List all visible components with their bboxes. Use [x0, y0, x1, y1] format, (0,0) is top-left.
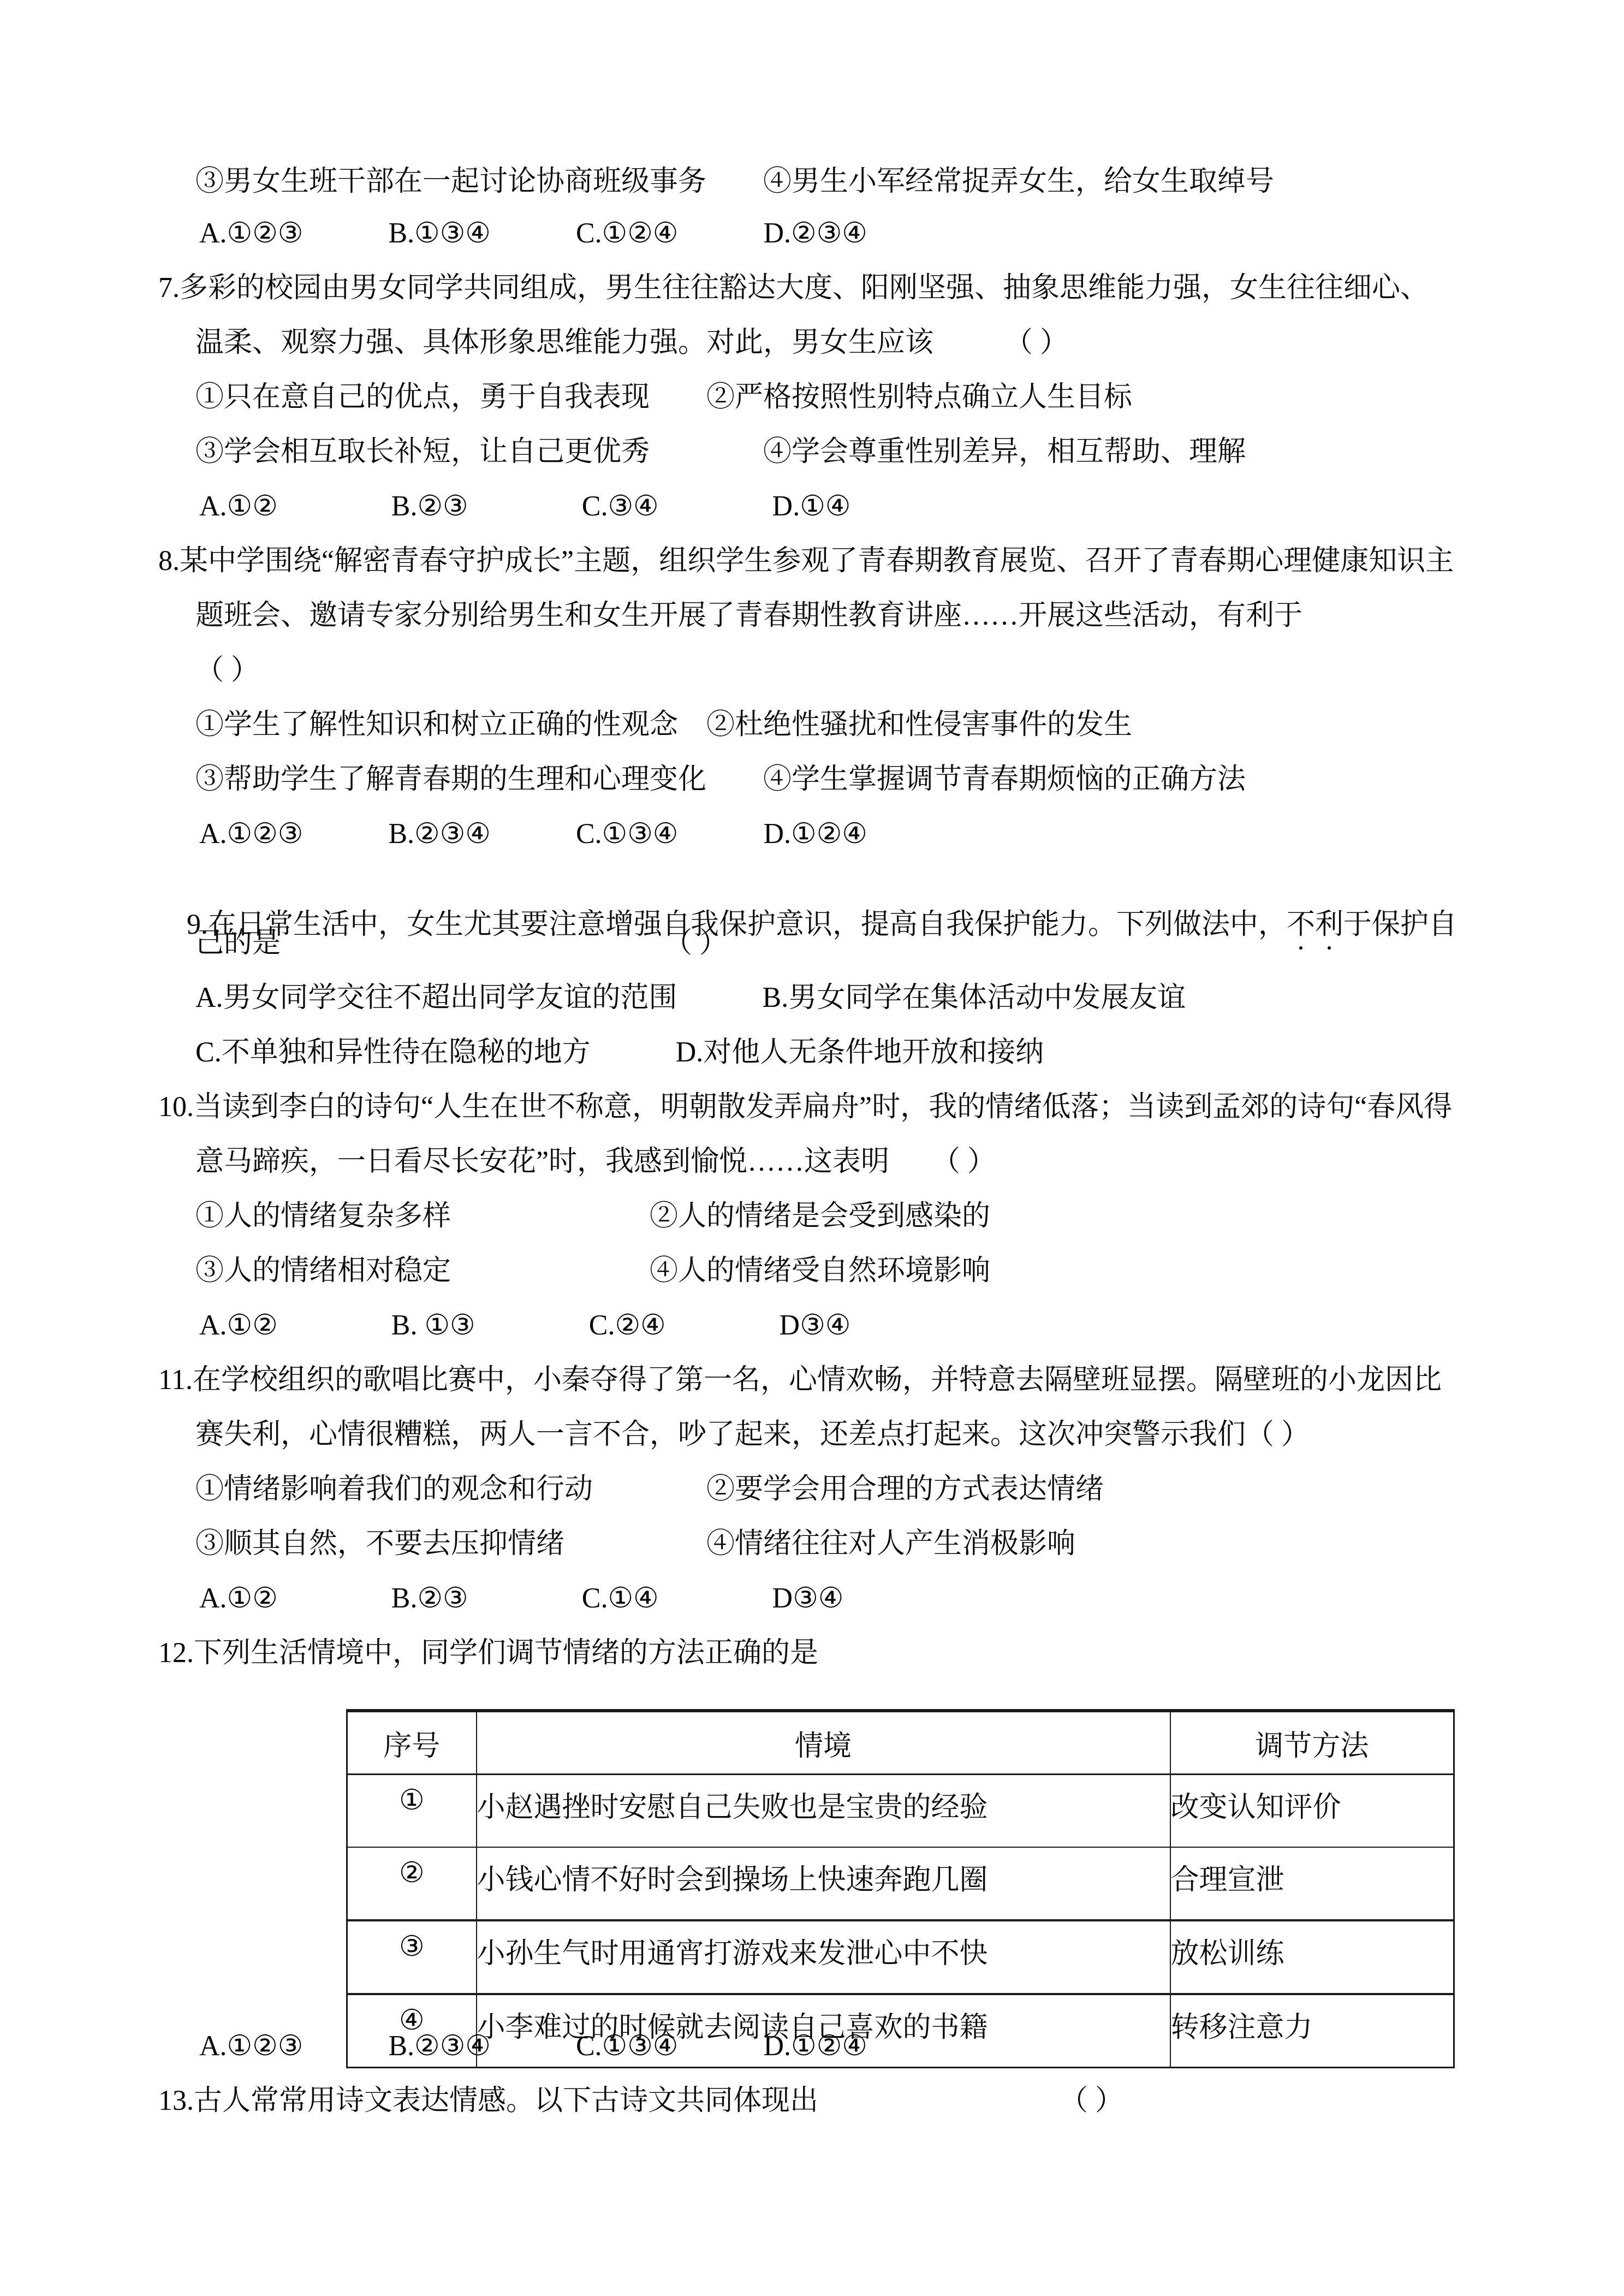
q7-items-line-2: ③学会相互取长补短，让自己更优秀 ④学会尊重性别差异，相互帮助、理解	[195, 434, 1246, 470]
q11-options-line: A.①② B.②③ C.①④ D③④	[199, 1581, 843, 1617]
row4-method: 转移注意力	[1170, 1994, 1454, 2068]
q7-items-line-1: ①只在意自己的优点，勇于自我表现 ②严格按照性别特点确立人生目标	[195, 379, 1132, 416]
q10-stem-line-2: 意马蹄疾，一日看尽长安花”时，我感到愉悦……这表明 （ ）	[195, 1144, 996, 1180]
row1-method: 改变认知评价	[1170, 1775, 1454, 1848]
row2-situation: 小钱心情不好时会到操场上快速奔跑几圈	[477, 1847, 1170, 1920]
q9-options-line-ab: A.男女同学交往不超出同学友谊的范围 B.男女同学在集体活动中发展友谊	[195, 980, 1186, 1016]
row1-number: ①	[347, 1775, 477, 1848]
q8-items-line-2: ③帮助学生了解青春期的生理和心理变化 ④学生掌握调节青春期烦恼的正确方法	[195, 762, 1246, 798]
row3-number: ③	[347, 1920, 477, 1994]
q10-options-line: A.①② B. ①③ C.②④ D③④	[199, 1308, 850, 1344]
row3-method: 放松训练	[1170, 1920, 1454, 1994]
q6-options-line: A.①②③ B.①③④ C.①②④ D.②③④	[199, 216, 867, 252]
q8-options-line: A.①②③ B.②③④ C.①③④ D.①②④	[199, 816, 867, 852]
q7-stem-line-2: 温柔、观察力强、具体形象思维能力强。对此，男女生应该 （ ）	[195, 325, 1068, 361]
q10-items-line-1: ①人的情绪复杂多样 ②人的情绪是会受到感染的	[195, 1199, 990, 1235]
table-header-situation: 情境	[477, 1711, 1170, 1775]
q13-stem-line: 13.古人常常用诗文表达情感。以下古诗文共同体现出 （ ）	[158, 2083, 1123, 2119]
q9-emphasized-text: 不利	[1287, 909, 1343, 940]
q9-options-line-cd: C.不单独和异性待在隐秘的地方 D.对他人无条件地开放和接纳	[195, 1035, 1044, 1071]
q9-stem-text-tail: 于保护自	[1343, 909, 1457, 940]
q12-options-line: A.①②③ B.②③④ C.①③④ D.①②④	[199, 2028, 867, 2064]
q7-stem-line-1: 7.多彩的校园由男女同学共同组成，男生往往豁达大度、阳刚坚强、抽象思维能力强，女…	[158, 270, 1429, 306]
q8-items-line-1: ①学生了解性知识和树立正确的性观念 ②杜绝性骚扰和性侵害事件的发生	[195, 707, 1132, 743]
q11-stem-line-1: 11.在学校组织的歌唱比赛中，小秦夺得了第一名，心情欢畅，并特意去隔壁班显摆。隔…	[158, 1362, 1442, 1398]
exam-paper-page: ③男女生班干部在一起讨论协商班级事务 ④男生小军经常捉弄女生，给女生取绰号 A.…	[0, 0, 1624, 2296]
q9-stem-line-2: 己的是 （ ）	[195, 925, 728, 962]
row3-situation: 小孙生气时用通宵打游戏来发泄心中不快	[477, 1920, 1170, 1994]
q12-stem-line: 12.下列生活情境中，同学们调节情绪的方法正确的是	[158, 1635, 818, 1671]
table-header-number: 序号	[347, 1711, 477, 1775]
q8-stem-line-1: 8.某中学围绕“解密青春守护成长”主题，组织学生参观了青春期教育展览、召开了青春…	[158, 543, 1454, 579]
table-header-row: 序号 情境 调节方法	[347, 1711, 1454, 1775]
row2-method: 合理宣泄	[1170, 1847, 1454, 1920]
q10-stem-line-1: 10.当读到李白的诗句“人生在世不称意，明朝散发弄扁舟”时，我的情绪低落；当读到…	[158, 1089, 1452, 1125]
q7-options-line: A.①② B.②③ C.③④ D.①④	[199, 489, 850, 525]
q11-items-line-2: ③顺其自然，不要去压抑情绪 ④情绪往往对人产生消极影响	[195, 1526, 1075, 1562]
table-row: ③ 小孙生气时用通宵打游戏来发泄心中不快 放松训练	[347, 1920, 1454, 1994]
q6-items-line: ③男女生班干部在一起讨论协商班级事务 ④男生小军经常捉弄女生，给女生取绰号	[195, 164, 1274, 200]
row2-number: ②	[347, 1847, 477, 1920]
q8-paren-line: （ ）	[195, 652, 259, 689]
row1-situation: 小赵遇挫时安慰自己失败也是宝贵的经验	[477, 1775, 1170, 1848]
q11-stem-line-2: 赛失利，心情很糟糕，两人一言不合，吵了起来，还差点打起来。这次冲突警示我们（ ）	[195, 1417, 1310, 1453]
q10-items-line-2: ③人的情绪相对稳定 ④人的情绪受自然环境影响	[195, 1253, 990, 1289]
q8-stem-line-2: 题班会、邀请专家分别给男生和女生开展了青春期性教育讲座……开展这些活动，有利于	[195, 598, 1302, 634]
table-row: ① 小赵遇挫时安慰自己失败也是宝贵的经验 改变认知评价	[347, 1775, 1454, 1848]
table-header-method: 调节方法	[1170, 1711, 1454, 1775]
q11-items-line-1: ①情绪影响着我们的观念和行动 ②要学会用合理的方式表达情绪	[195, 1472, 1104, 1508]
q12-emotion-regulation-table: 序号 情境 调节方法 ① 小赵遇挫时安慰自己失败也是宝贵的经验 改变认知评价 ②…	[346, 1709, 1455, 2068]
table-row: ② 小钱心情不好时会到操场上快速奔跑几圈 合理宣泄	[347, 1847, 1454, 1920]
